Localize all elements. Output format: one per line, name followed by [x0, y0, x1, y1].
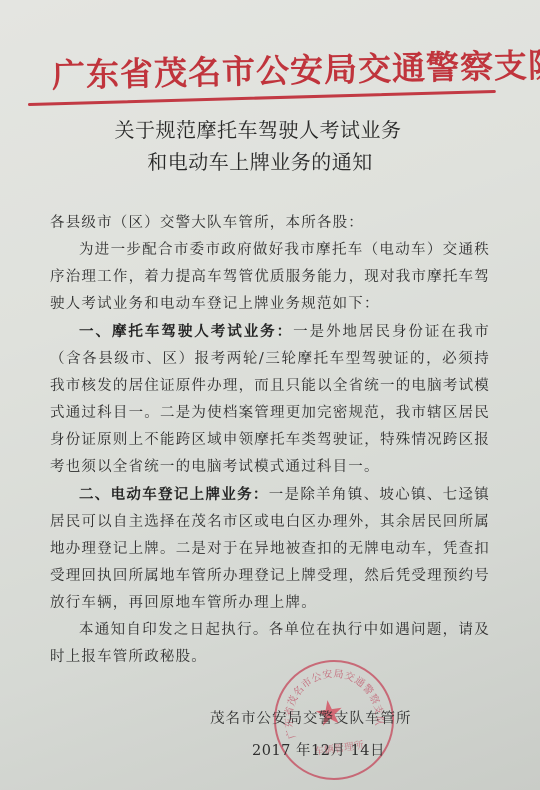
notice-title-line-2: 和电动车上牌业务的通知	[0, 146, 530, 175]
document-page: 广东省茂名市公安局交通警察支队 关于规范摩托车驾驶人考试业务 和电动车上牌业务的…	[0, 0, 540, 790]
issuer-signature: 茂名市公安局交警支队车管所	[210, 707, 412, 728]
letterhead-title: 广东省茂名市公安局交通警察支队	[52, 41, 503, 97]
section-2-heading: 二、电动车登记上牌业务：	[79, 486, 269, 503]
section-2-paragraph: 二、电动车登记上牌业务：一是除羊角镇、坡心镇、七迳镇居民可以自主选择在茂名市区或…	[50, 481, 490, 617]
section-1-heading: 一、摩托车驾驶人考试业务：	[79, 323, 293, 340]
section-1-paragraph: 一、摩托车驾驶人考试业务：一是外地居民身份证在我市（含各县级市、区）报考两轮/三…	[50, 318, 490, 481]
intro-paragraph: 为进一步配合市委市政府做好我市摩托车（电动车）交通秩序治理工作，着力提高车驾管优…	[50, 237, 490, 318]
closing-paragraph: 本通知自印发之日起执行。各单位在执行中如遇问题，请及时上报车管所政秘股。	[50, 617, 490, 671]
notice-title-line-1: 关于规范摩托车驾驶人考试业务	[0, 114, 528, 143]
section-1-text: 一是外地居民身份证在我市（含各县级市、区）报考两轮/三轮摩托车型驾驶证的，必须持…	[50, 324, 490, 475]
salutation: 各县级市（区）交警大队车管所，本所各股：	[50, 210, 490, 237]
section-2-text: 一是除羊角镇、坡心镇、七迳镇居民可以自主选择在茂名市区或电白区办理外，其余居民回…	[50, 487, 490, 611]
issue-date: 2017 年12月 14日	[252, 739, 385, 760]
notice-body: 各县级市（区）交警大队车管所，本所各股： 为进一步配合市委市政府做好我市摩托车（…	[50, 210, 490, 671]
